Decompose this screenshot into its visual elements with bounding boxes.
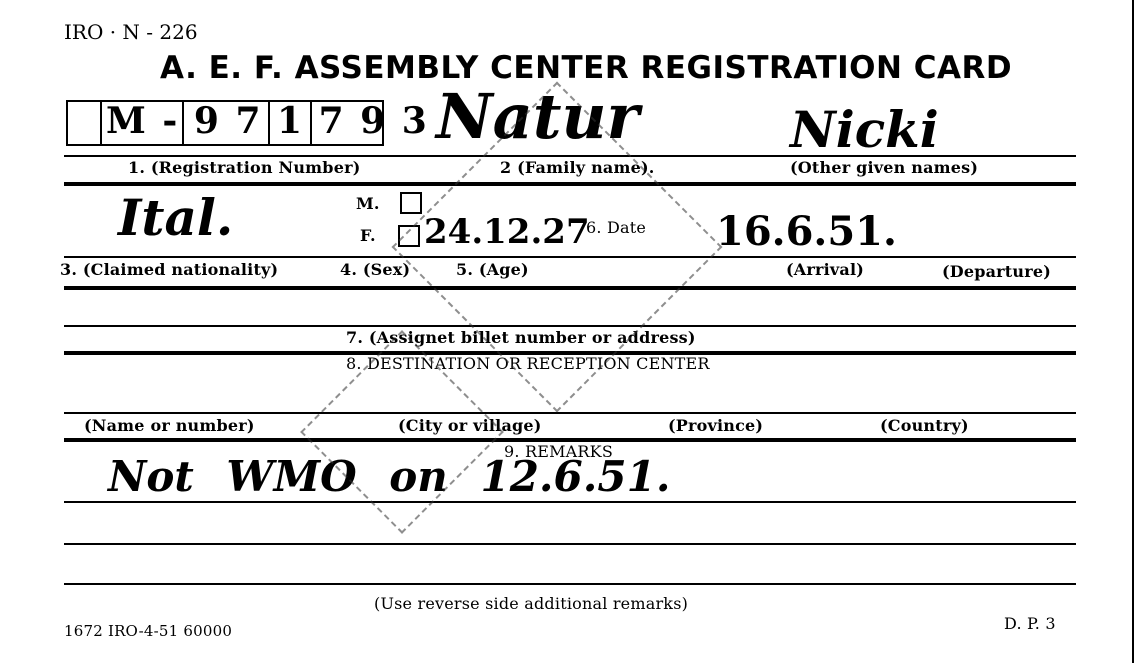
rule [64,412,1076,414]
given-names-label: (Other given names) [790,158,978,177]
registration-number-label: 1. (Registration Number) [128,158,360,177]
rule [64,501,1076,503]
registration-cell-divider [100,100,102,146]
sex-label: 4. (Sex) [340,260,410,279]
rule [64,543,1076,545]
nationality-value[interactable]: Ital. [118,188,233,247]
given-names-value[interactable]: Nicki [790,100,939,159]
rule [64,583,1076,585]
destination-name-label: (Name or number) [84,416,255,435]
destination-country-label: (Country) [880,416,969,435]
reverse-side-note: (Use reverse side additional remarks) [374,594,688,613]
destination-province-label: (Province) [668,416,763,435]
print-code: 1672 IRO-4-51 60000 [64,622,232,640]
arrival-date-value[interactable]: 16.6.51. [716,208,897,255]
nationality-label: 3. (Claimed nationality) [60,260,278,279]
form-id: IRO · N - 226 [64,20,198,44]
registration-number-value[interactable]: M - 9 7 1 7 9 3 [106,100,429,142]
sex-male-label: M. [356,194,380,213]
dp-code: D. P. 3 [1004,614,1056,633]
sex-male-checkbox[interactable] [400,192,422,214]
sex-female-label: F. [360,226,376,245]
departure-label: (Departure) [942,262,1051,281]
arrival-label: (Arrival) [786,260,864,279]
